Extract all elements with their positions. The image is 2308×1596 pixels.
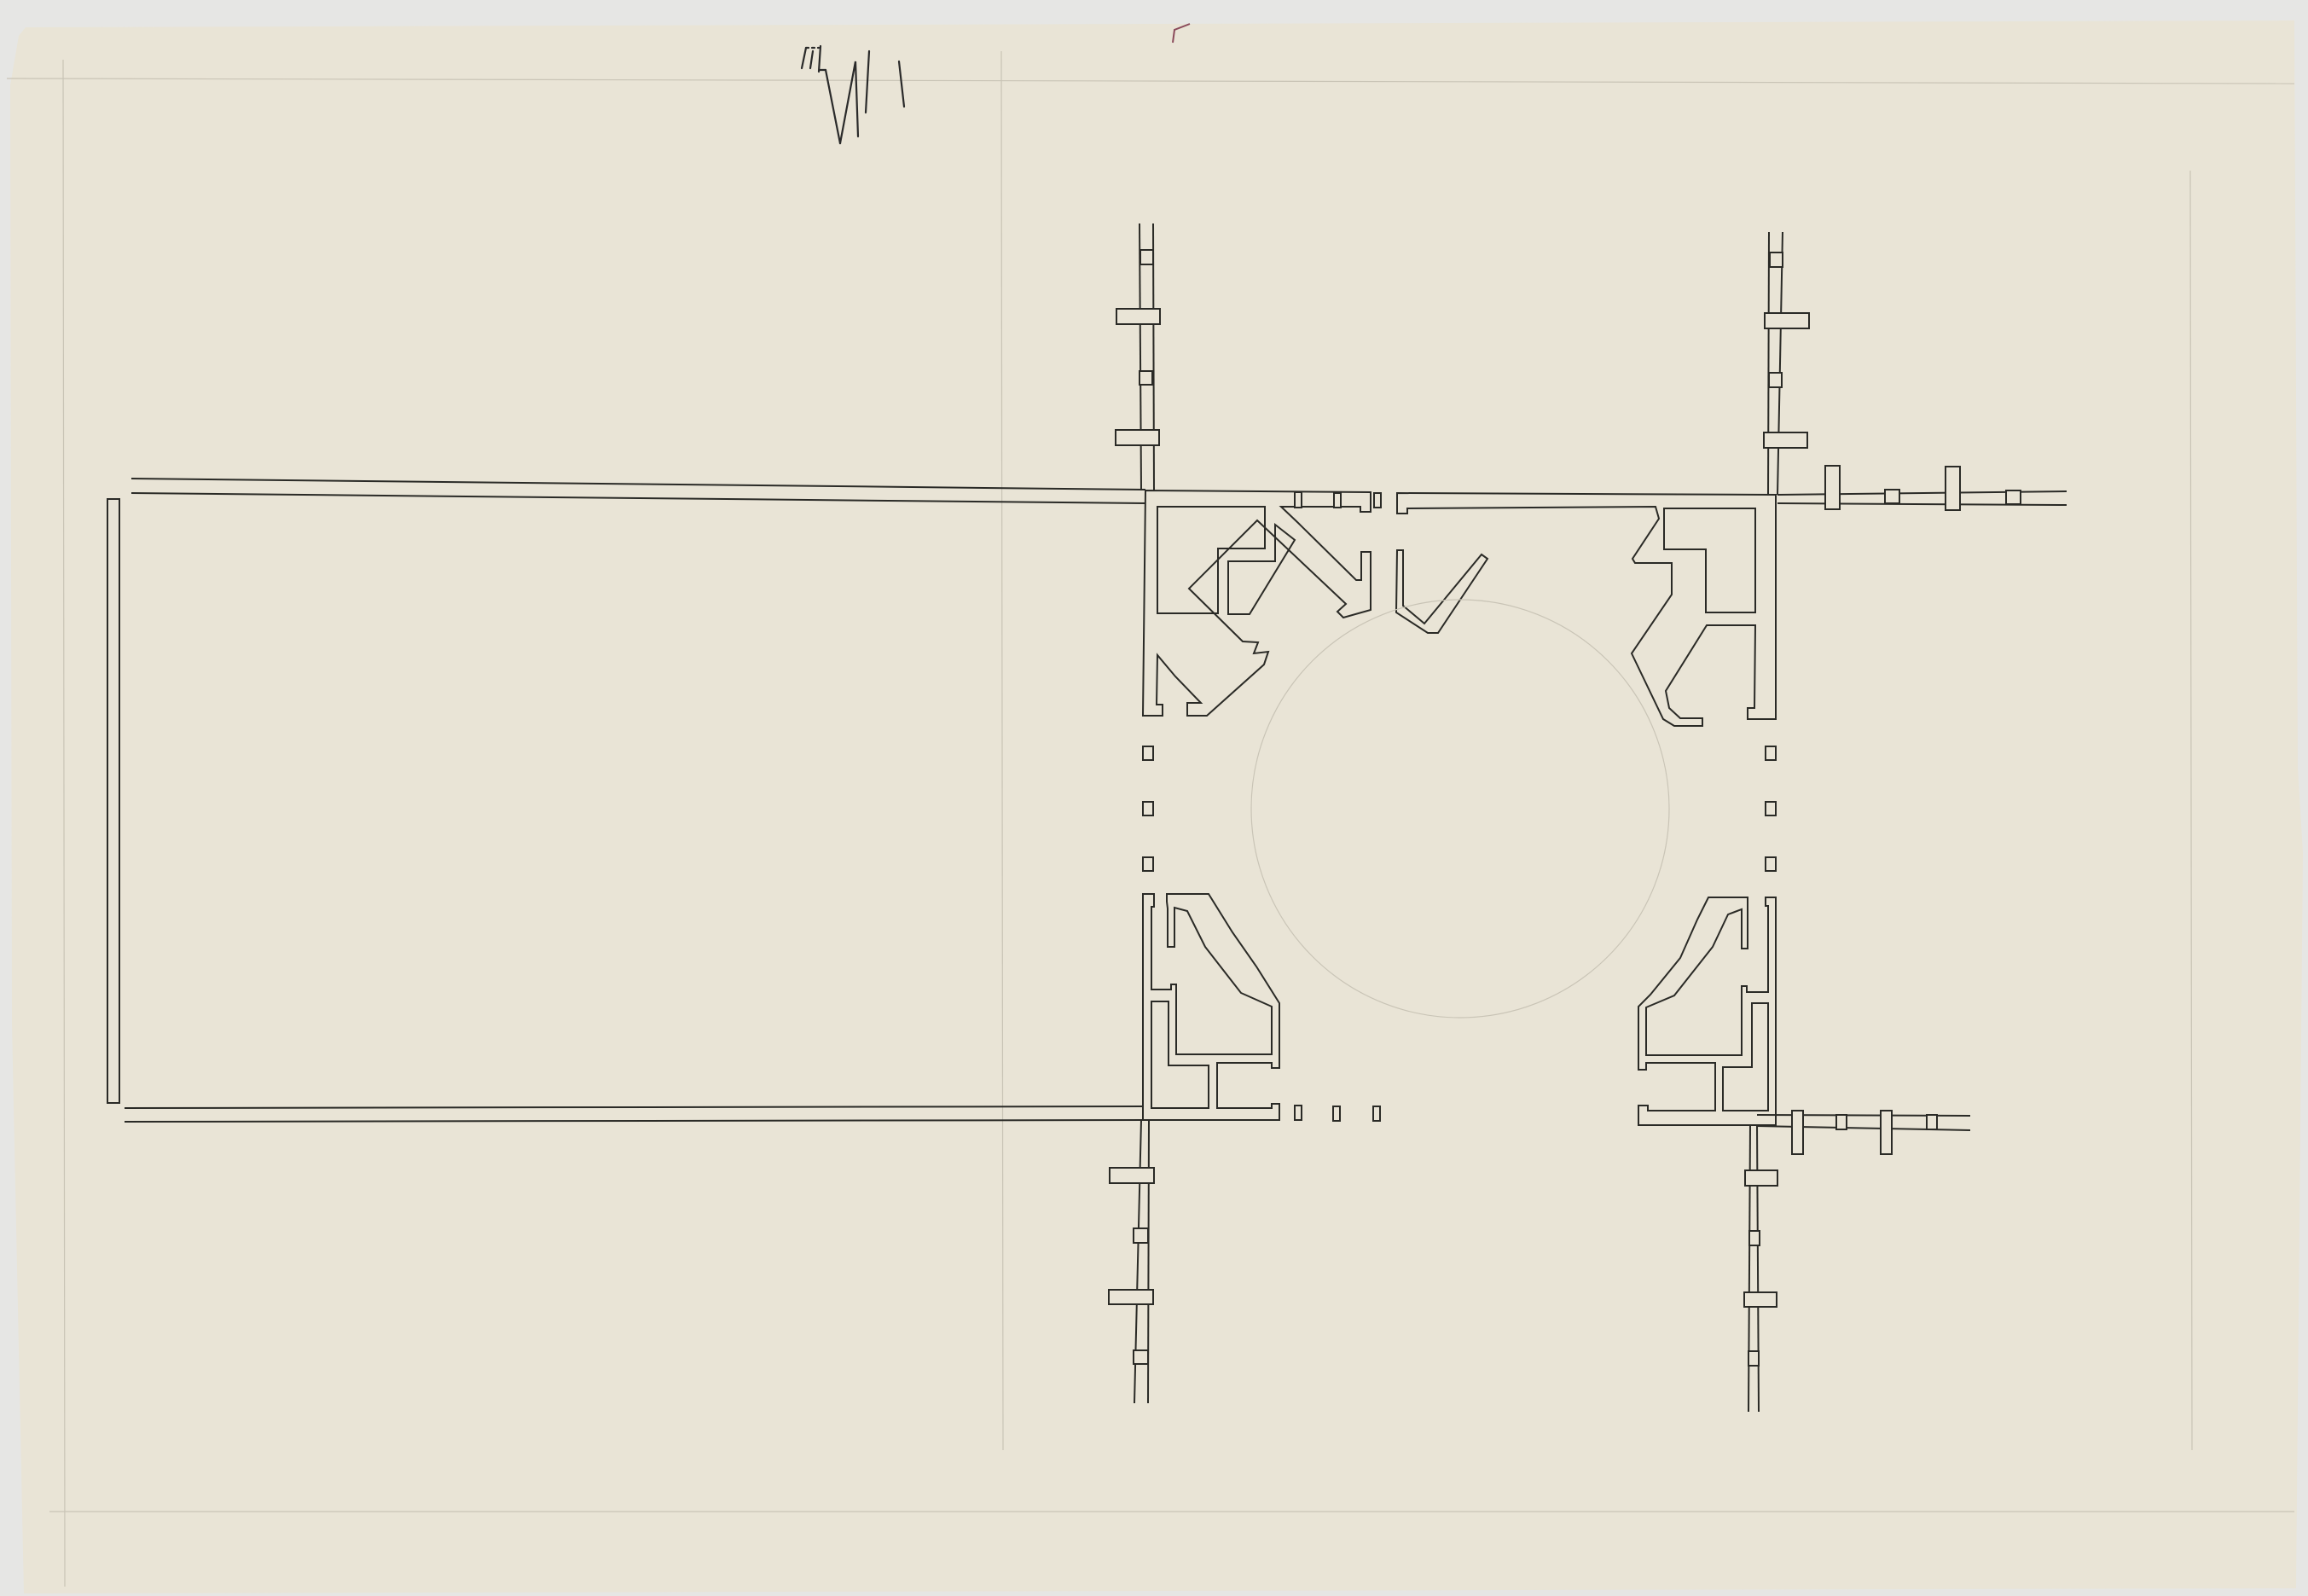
paper: [10, 20, 2303, 1593]
floor-plan-sheet: [0, 0, 2308, 1596]
